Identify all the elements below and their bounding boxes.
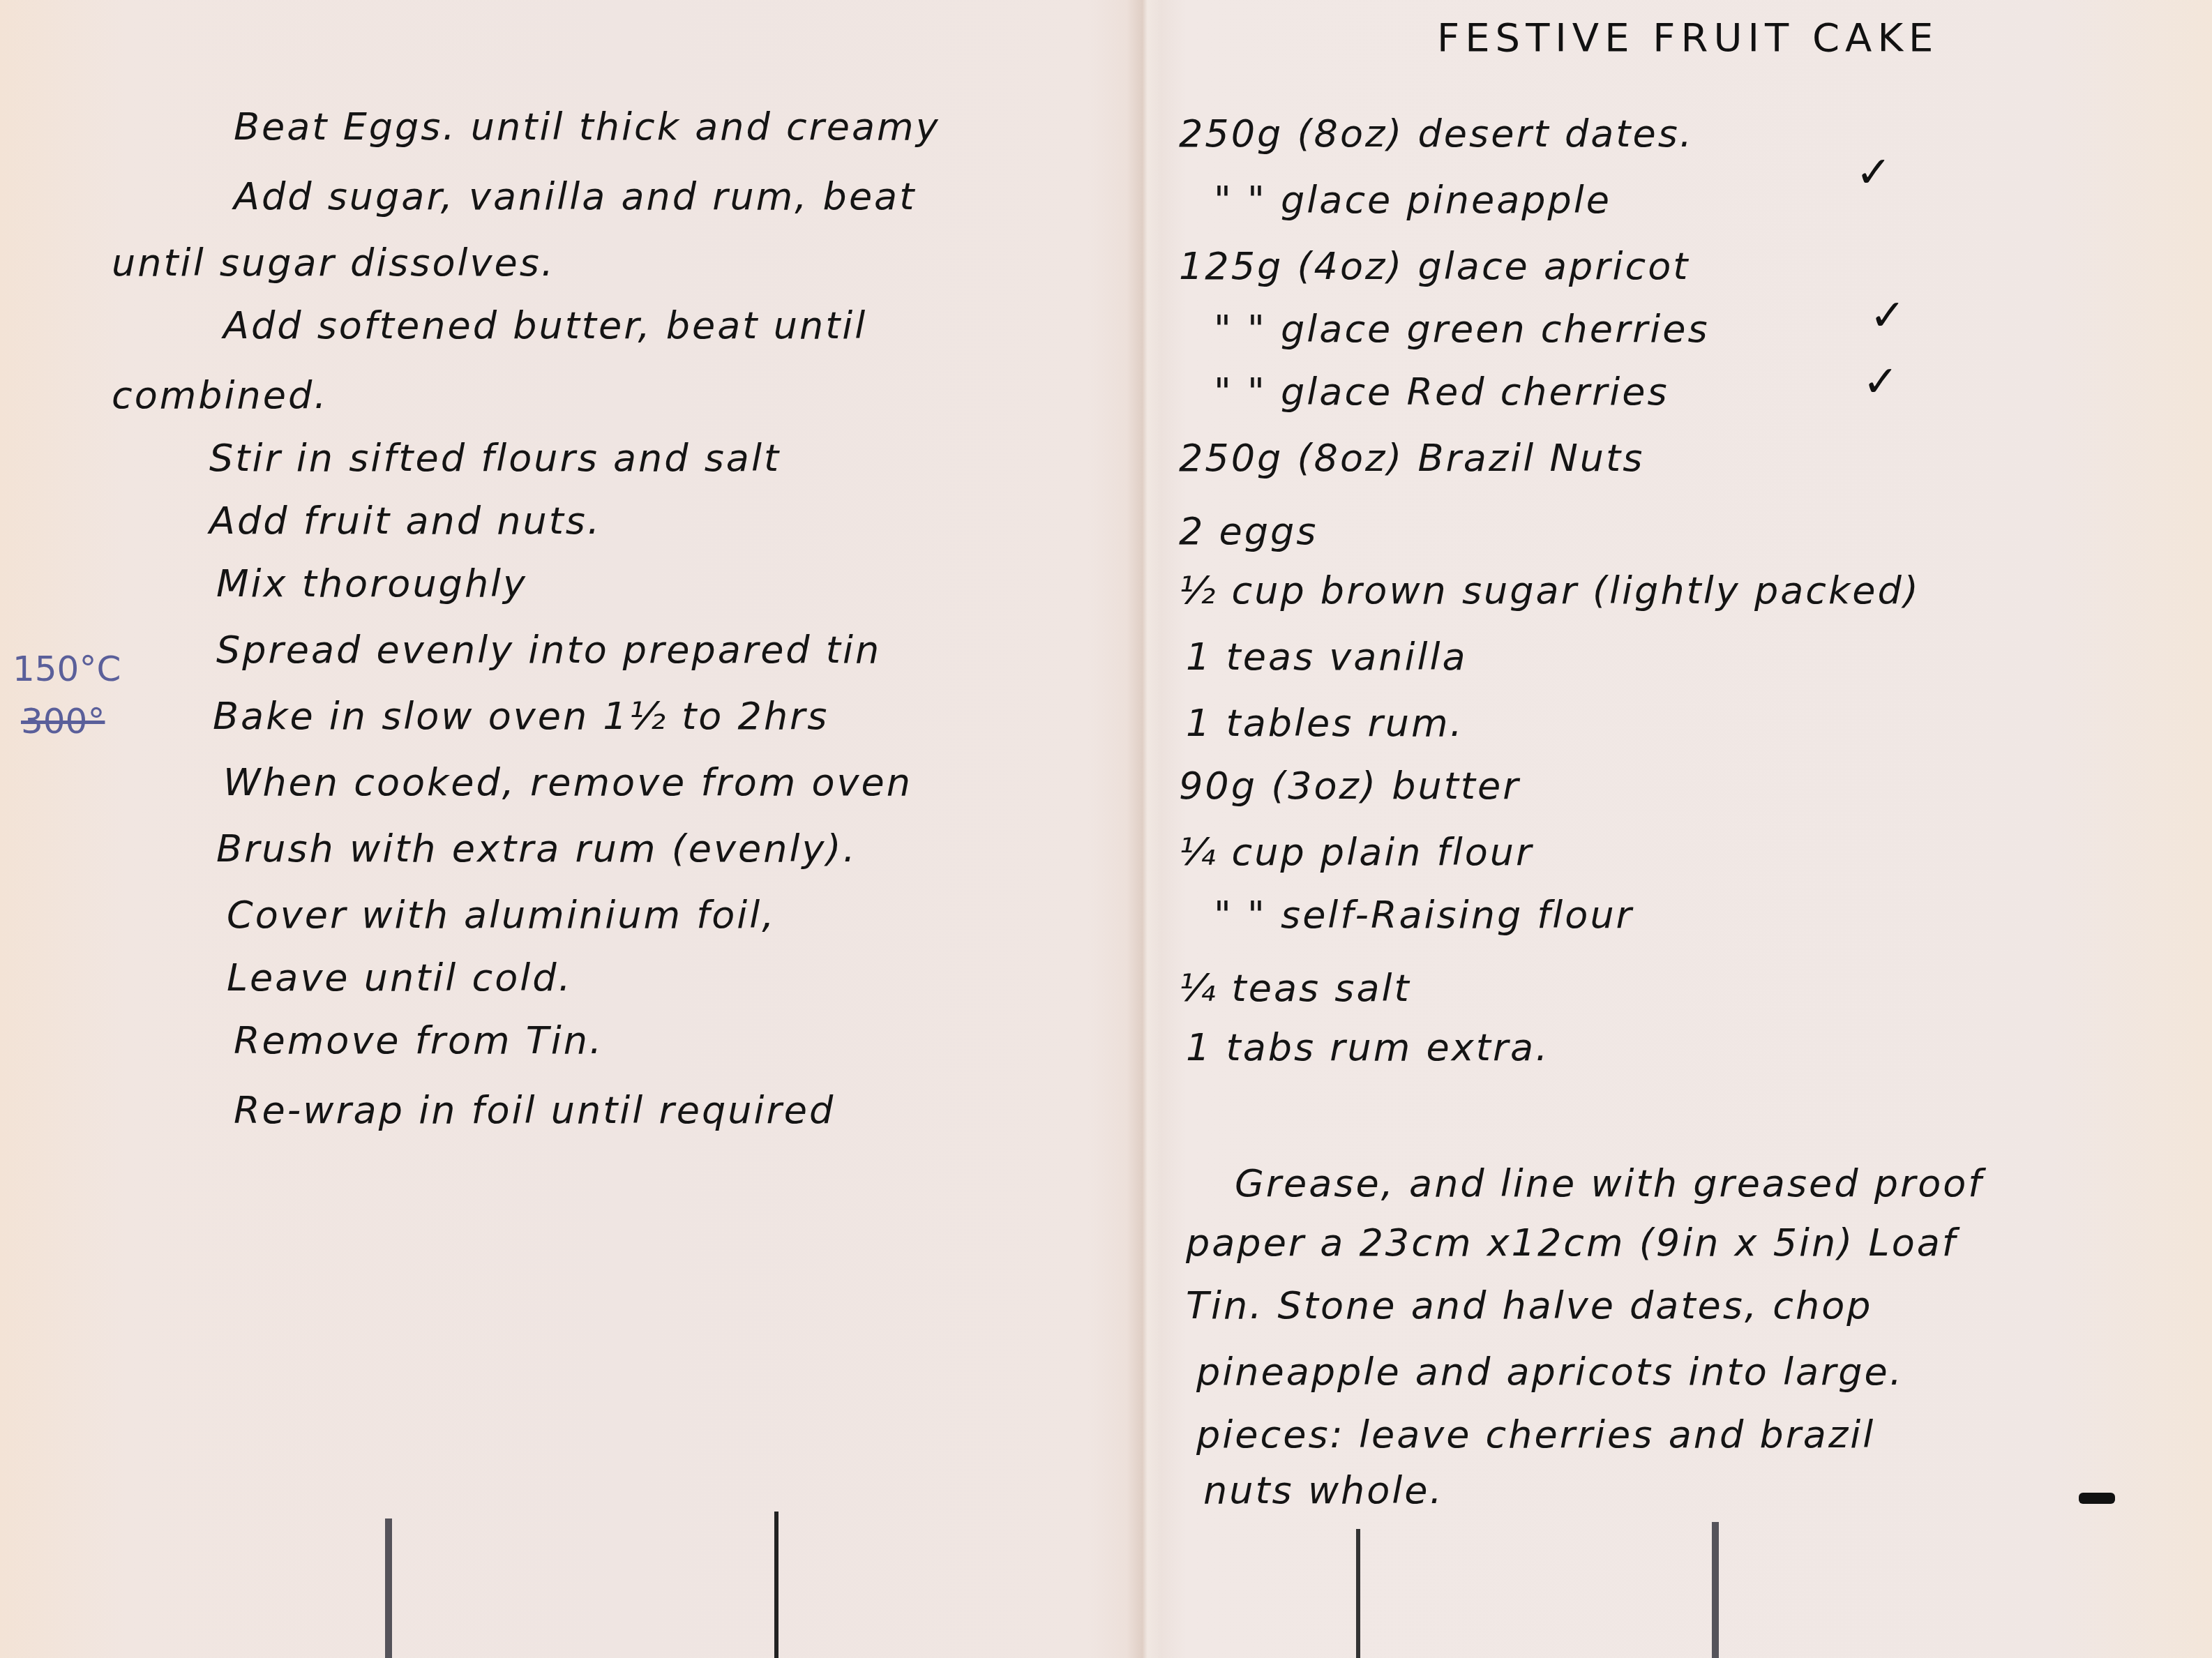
method-line: Add sugar, vanilla and rum, beat [234,174,916,218]
method-line: Remove from Tin. [234,1018,603,1062]
method-line: until sugar dissolves. [112,241,555,285]
preparation-line: Tin. Stone and halve dates, chop [1186,1283,1873,1327]
binder-mark [774,1512,778,1658]
check-mark-icon: ✓ [1869,289,1906,340]
ingredient-item: " " glace Red cherries [1214,370,1669,414]
method-line: When cooked, remove from oven [223,760,912,804]
ingredient-item: 1 tables rum. [1186,701,1464,745]
method-line: Mix thoroughly [216,562,527,605]
method-line: Add softened butter, beat until [223,303,867,347]
method-line: combined. [112,373,329,417]
method-line: Beat Eggs. until thick and creamy [234,105,940,149]
ingredient-item: 125g (4oz) glace apricot [1179,244,1690,288]
method-line: Spread evenly into prepared tin [216,628,881,672]
ingredient-item: 250g (8oz) desert dates. [1179,112,1694,156]
oven-temp-fahrenheit-struck: 300° [21,701,105,741]
method-line: Leave until cold. [227,956,573,1000]
method-line: Re-wrap in foil until required [234,1088,835,1132]
check-mark-icon: ✓ [1856,146,1892,197]
ingredient-item: " " glace green cherries [1214,307,1710,351]
ingredient-item: ¼ teas salt [1179,966,1411,1010]
preparation-line: pieces: leave cherries and brazil [1196,1412,1875,1456]
method-line: Brush with extra rum (evenly). [216,827,857,871]
page-fold [1127,0,1161,1658]
method-line: Add fruit and nuts. [209,499,601,543]
ingredient-item: 90g (3oz) butter [1179,764,1520,808]
preparation-line: Grease, and line with greased proof [1235,1161,1983,1205]
ingredient-item: ¼ cup plain flour [1179,830,1533,874]
binder-mark [1712,1522,1719,1658]
binder-mark [1356,1529,1360,1658]
method-line: Stir in sifted flours and salt [209,436,781,480]
ingredient-item: 1 teas vanilla [1186,635,1468,679]
recipe-title: Festive Fruit Cake [1437,15,1939,61]
preparation-line: paper a 23cm x12cm (9in x 5in) Loaf [1186,1221,1957,1265]
ingredient-item: " " self-Raising flour [1214,893,1634,937]
method-line: Bake in slow oven 1½ to 2hrs [213,694,829,738]
ingredient-item: " " glace pineapple [1214,178,1611,222]
ingredient-item: 2 eggs [1179,509,1318,553]
ingredient-item: ½ cup brown sugar (lightly packed) [1179,568,1920,612]
binder-mark [385,1518,392,1658]
check-mark-icon: ✓ [1863,356,1899,407]
ingredient-item: 250g (8oz) Brazil Nuts [1179,436,1644,480]
ingredient-item: 1 tabs rum extra. [1186,1025,1549,1069]
ink-scribble [2079,1493,2115,1504]
preparation-line: nuts whole. [1203,1468,1444,1512]
method-line: Cover with aluminium foil, [227,893,776,937]
preparation-line: pineapple and apricots into large. [1196,1350,1904,1394]
oven-temp-celsius: 150°C [13,649,121,689]
